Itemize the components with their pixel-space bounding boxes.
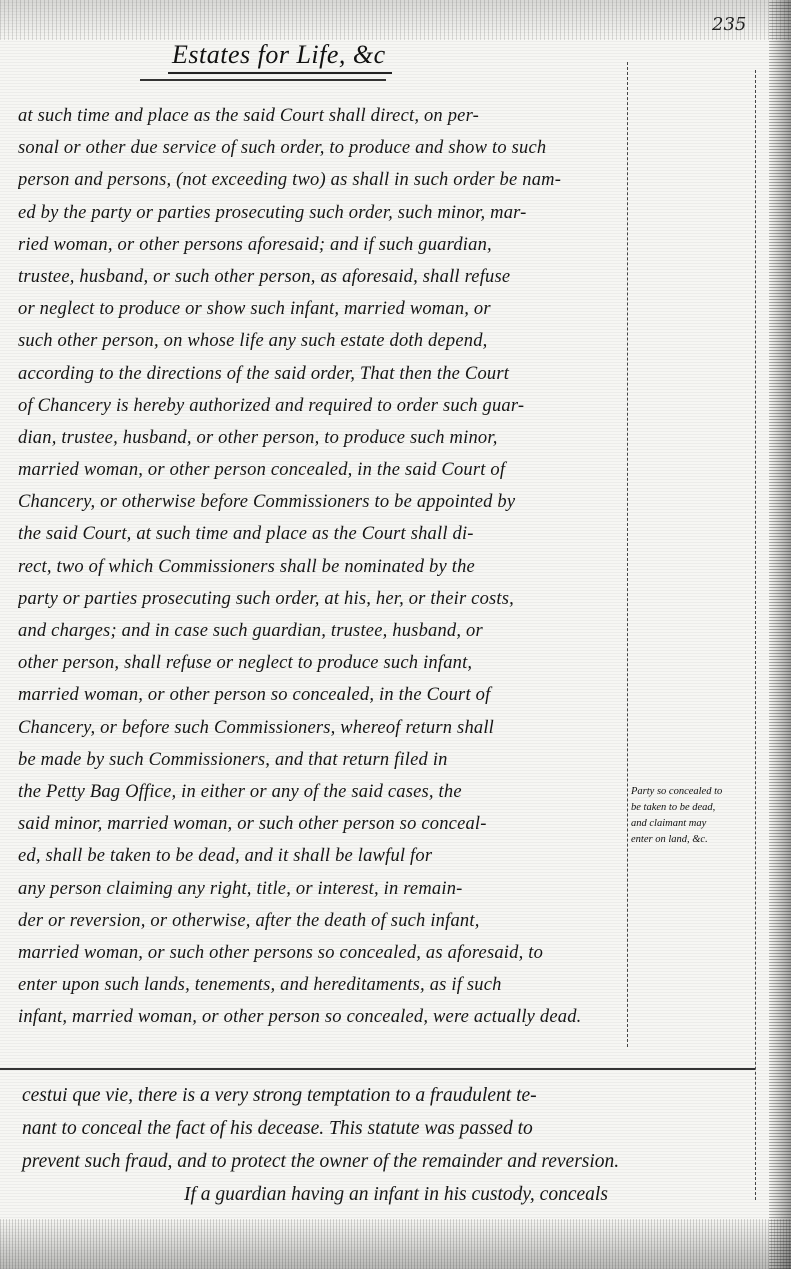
- footnote-line: If a guardian having an infant in his cu…: [22, 1178, 752, 1211]
- body-line: trustee, husband, or such other person, …: [18, 261, 626, 293]
- body-line: married woman, or such other persons so …: [18, 937, 626, 969]
- body-line: such other person, on whose life any suc…: [18, 325, 626, 357]
- body-line: married woman, or other person so concea…: [18, 679, 626, 711]
- margin-rule-left: [627, 62, 628, 1047]
- body-line: of Chancery is hereby authorized and req…: [18, 390, 626, 422]
- footnote-line: nant to conceal the fact of his decease.…: [22, 1112, 752, 1145]
- page-title: Estates for Life, &c: [168, 40, 392, 74]
- body-line: sonal or other due service of such order…: [18, 132, 626, 164]
- body-line: Chancery, or before such Commissioners, …: [18, 712, 626, 744]
- scan-noise-bottom: [0, 1219, 791, 1269]
- margin-note-line: enter on land, &c.: [631, 832, 751, 848]
- body-line: or neglect to produce or show such infan…: [18, 293, 626, 325]
- body-line: party or parties prosecuting such order,…: [18, 583, 626, 615]
- margin-rule-right: [755, 70, 756, 1200]
- body-line: married woman, or other person concealed…: [18, 454, 626, 486]
- body-line: the said Court, at such time and place a…: [18, 518, 626, 550]
- body-line: ed, shall be taken to be dead, and it sh…: [18, 840, 626, 872]
- margin-note-line: Party so concealed to: [631, 784, 751, 800]
- body-line: any person claiming any right, title, or…: [18, 873, 626, 905]
- footnote-line: cestui que vie, there is a very strong t…: [22, 1079, 752, 1112]
- body-line: ed by the party or parties prosecuting s…: [18, 197, 626, 229]
- footnote-text: cestui que vie, there is a very strong t…: [22, 1079, 752, 1211]
- body-line: rect, two of which Commissioners shall b…: [18, 551, 626, 583]
- body-line: be made by such Commissioners, and that …: [18, 744, 626, 776]
- body-line: and charges; and in case such guardian, …: [18, 615, 626, 647]
- body-text: at such time and place as the said Court…: [18, 100, 626, 1033]
- scan-noise-top: [0, 0, 791, 40]
- body-line: Chancery, or otherwise before Commission…: [18, 486, 626, 518]
- body-line: der or reversion, or otherwise, after th…: [18, 905, 626, 937]
- margin-note: Party so concealed to be taken to be dea…: [631, 784, 751, 848]
- footnote-line: prevent such fraud, and to protect the o…: [22, 1145, 752, 1178]
- body-line: infant, married woman, or other person s…: [18, 1001, 626, 1033]
- body-line: ried woman, or other persons aforesaid; …: [18, 229, 626, 261]
- body-line: dian, trustee, husband, or other person,…: [18, 422, 626, 454]
- body-line: said minor, married woman, or such other…: [18, 808, 626, 840]
- scan-noise-right: [769, 0, 791, 1269]
- body-line: at such time and place as the said Court…: [18, 100, 626, 132]
- page-number: 235: [712, 14, 746, 35]
- margin-note-line: and claimant may: [631, 816, 751, 832]
- body-line: person and persons, (not exceeding two) …: [18, 164, 626, 196]
- title-underline: [140, 79, 386, 81]
- body-line: other person, shall refuse or neglect to…: [18, 647, 626, 679]
- body-line: enter upon such lands, tenements, and he…: [18, 969, 626, 1001]
- document-page: 235 Estates for Life, &c at such time an…: [0, 0, 791, 1269]
- footnote-divider: [0, 1068, 755, 1070]
- body-line: according to the directions of the said …: [18, 358, 626, 390]
- body-line: the Petty Bag Office, in either or any o…: [18, 776, 626, 808]
- margin-note-line: be taken to be dead,: [631, 800, 751, 816]
